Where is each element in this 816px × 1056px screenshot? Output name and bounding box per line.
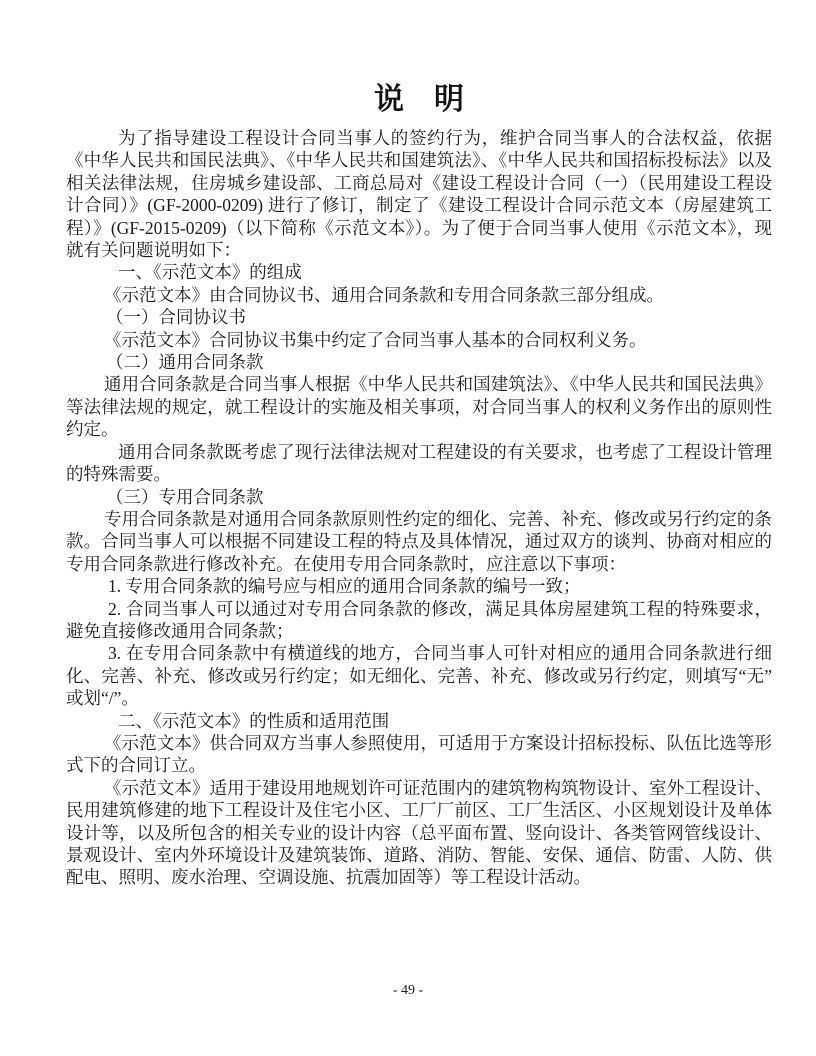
paragraph: 《示范文本》合同协议书集中约定了合同当事人基本的合同权利义务。: [66, 329, 772, 351]
paragraph: 通用合同条款既考虑了现行法律法规对工程建设的有关要求，也考虑了工程设计管理的特殊…: [66, 441, 772, 486]
paragraph: 一、《示范文本》的组成: [66, 261, 772, 283]
paragraph: 1. 专用合同条款的编号应与相应的通用合同条款的编号一致；: [66, 575, 772, 597]
paragraph: 二、《示范文本》的性质和适用范围: [66, 710, 772, 732]
paragraph: （三）专用合同条款: [66, 486, 772, 508]
paragraph: 通用合同条款是合同当事人根据《中华人民共和国建筑法》、《中华人民共和国民法典》等…: [66, 373, 772, 440]
document-content: 说 明 为了指导建设工程设计合同当事人的签约行为，维护合同当事人的合法权益，依据…: [66, 82, 772, 889]
paragraph-list: 为了指导建设工程设计合同当事人的签约行为，维护合同当事人的合法权益，依据《中华人…: [66, 127, 772, 889]
paragraph: （一）合同协议书: [66, 306, 772, 328]
paragraph: 3. 在专用合同条款中有横道线的地方，合同当事人可针对相应的通用合同条款进行细化…: [66, 642, 772, 709]
paragraph: 《示范文本》供合同双方当事人参照使用，可适用于方案设计招标投标、队伍比选等形式下…: [66, 732, 772, 777]
paragraph: 为了指导建设工程设计合同当事人的签约行为，维护合同当事人的合法权益，依据《中华人…: [66, 127, 772, 261]
document-page: 说 明 为了指导建设工程设计合同当事人的签约行为，维护合同当事人的合法权益，依据…: [0, 0, 816, 1056]
page-title: 说 明: [66, 82, 772, 118]
paragraph: 专用合同条款是对通用合同条款原则性约定的细化、完善、补充、修改或另行约定的条款。…: [66, 508, 772, 575]
paragraph: 《示范文本》由合同协议书、通用合同条款和专用合同条款三部分组成。: [66, 284, 772, 306]
paragraph: 《示范文本》适用于建设用地规划许可证范围内的建筑物构筑物设计、室外工程设计、民用…: [66, 777, 772, 889]
page-number: - 49 -: [0, 982, 816, 1000]
paragraph: 2. 合同当事人可以通过对专用合同条款的修改，满足具体房屋建筑工程的特殊要求，避…: [66, 598, 772, 643]
paragraph: （二）通用合同条款: [66, 351, 772, 373]
